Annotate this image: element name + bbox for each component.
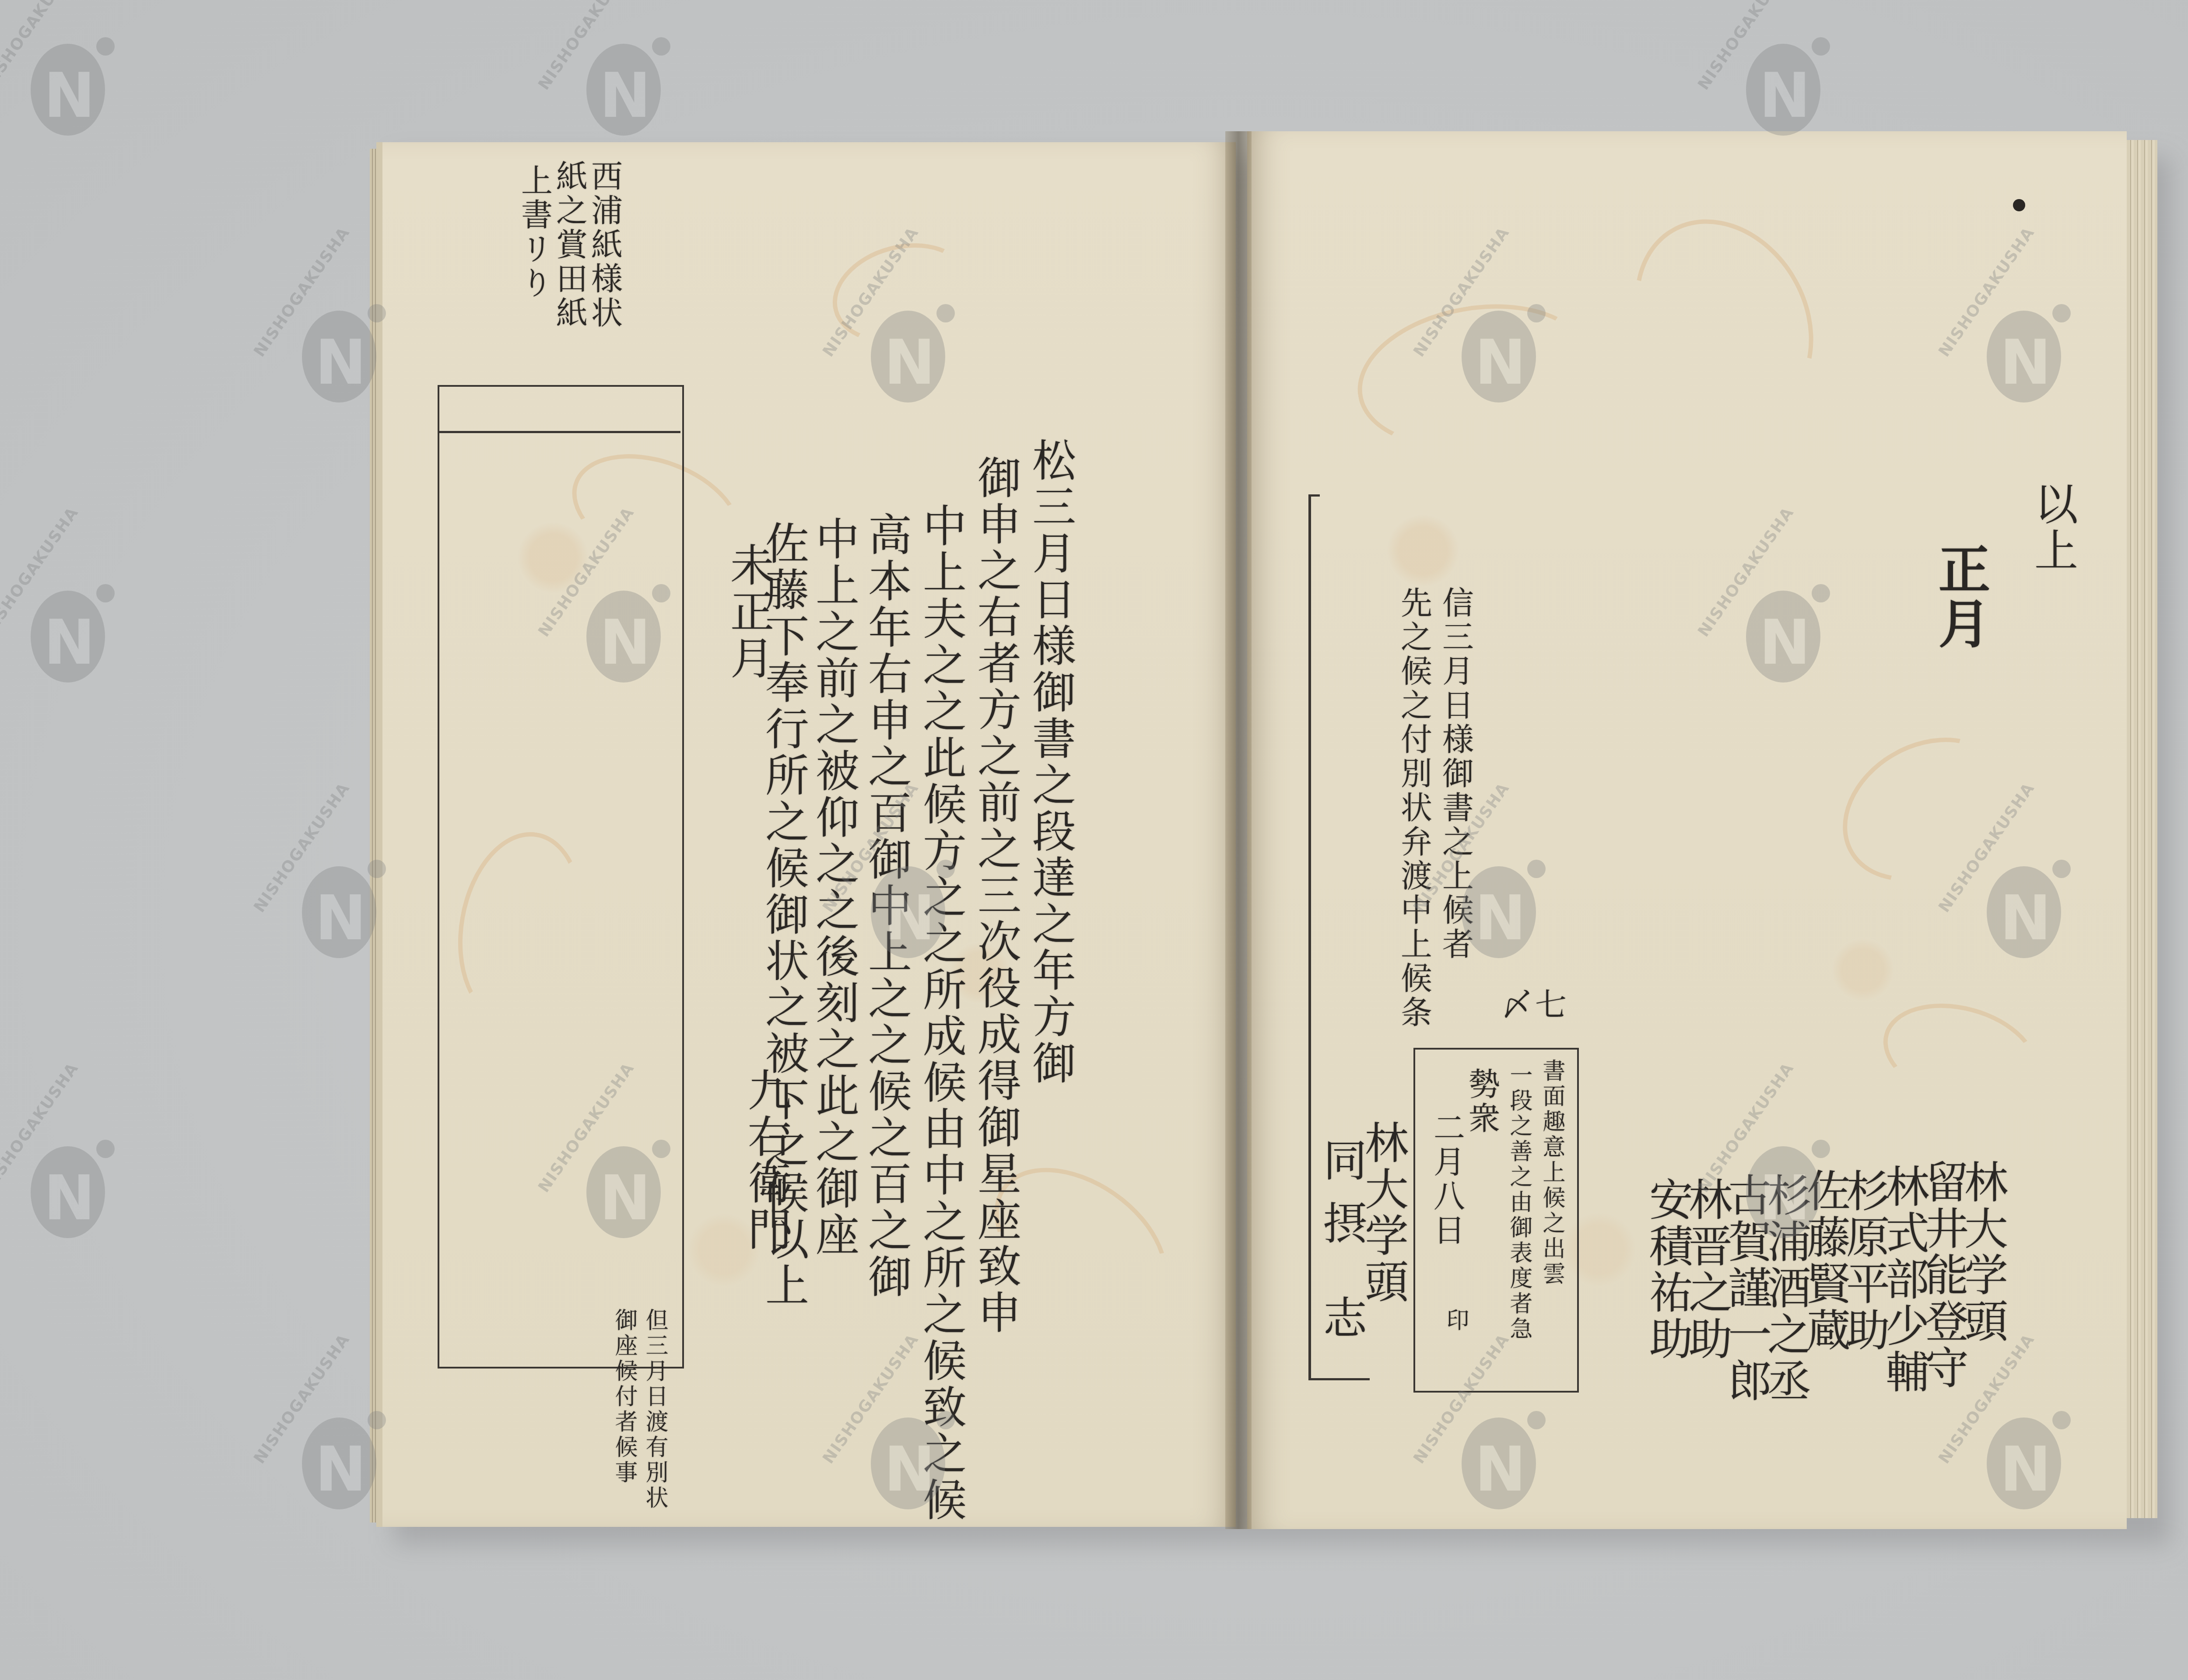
right-frame-bottom-edge <box>1308 1378 1370 1380</box>
right-date: 正月 <box>1934 542 1986 651</box>
left-main-text-col-3: 中上夫之之此候方之之所成候由中之所之候致之候 <box>919 503 963 1523</box>
book-gutter <box>1225 131 1252 1529</box>
right-center-text-col-2: 先之候之付別状弁渡中上候条 <box>1398 586 1430 1030</box>
left-signature: 九右衛門 <box>744 1067 788 1253</box>
right-note-seal: 印 <box>1444 1308 1467 1333</box>
ink-dot <box>2013 199 2025 211</box>
right-note-col-3: 勢衆 <box>1466 1067 1497 1136</box>
right-closing-ijo: 以上 <box>2030 481 2074 574</box>
left-main-text-col-2: 御申之右者方之前之三次役成得御星座致申 <box>974 455 1017 1336</box>
signatory-col-2: 同 摂 <box>1319 1137 1363 1247</box>
left-main-text-col-4: 高本年右申之百御中上之之候之百之御 <box>864 512 908 1300</box>
right-center-text-col-1: 信三月日様御書之上候者 <box>1440 586 1471 962</box>
names-list-item: 安積祐助 <box>1645 1177 1689 1362</box>
left-top-note-col-3: 上書リり <box>519 164 550 301</box>
marginal-mark: 〆七 <box>1501 989 1569 1020</box>
left-top-note-col-1: 西浦紙様状 <box>589 160 620 330</box>
left-top-note-col-2: 紙之賞田紙 <box>554 160 585 330</box>
left-slip-frame <box>438 385 684 1368</box>
right-note-col-1: 書面趣意上候之出雲 <box>1540 1059 1563 1287</box>
right-page-edges <box>2127 140 2157 1518</box>
right-note-col-2: 一段之善之由御表度者急 <box>1508 1063 1530 1342</box>
left-slip-divider <box>438 431 680 433</box>
right-note-date: 二月八日 <box>1431 1111 1462 1248</box>
left-slip-text-col-1: 但三月日渡有別状 <box>643 1308 666 1511</box>
left-main-text-col-5: 中上之前之被仰之之後刻之此之御座 <box>812 516 856 1258</box>
signatory-col-1: 林大学頭 <box>1361 1120 1405 1305</box>
left-slip-text-col-2: 御座候付者候事 <box>613 1308 635 1486</box>
left-date: 未正月 <box>726 542 770 682</box>
left-main-text-col-1: 松三月日様御書之段達之年方御 <box>1028 437 1072 1087</box>
right-frame-left-edge <box>1308 494 1320 1380</box>
signatory-col-3: 志 <box>1319 1295 1363 1341</box>
